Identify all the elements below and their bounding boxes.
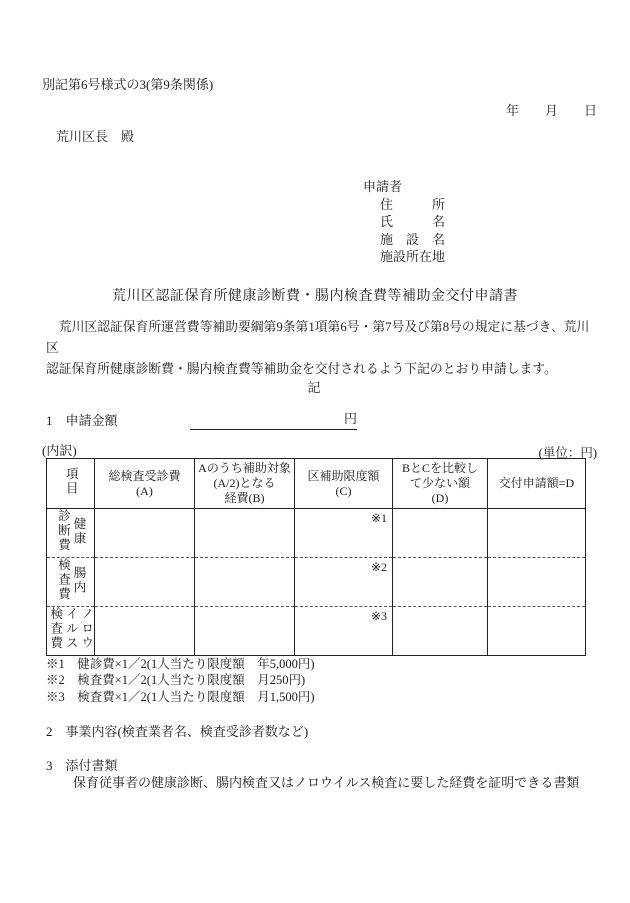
note-ref-3: ※3 xyxy=(371,609,387,624)
applicant-block: 申請者 住 所 氏 名 施 設 名 施設所在地 xyxy=(363,178,445,266)
applicant-field-location: 施設所在地 xyxy=(380,248,445,266)
header-limit-c: 区補助限度額 (C) xyxy=(295,459,393,509)
header-total-cost-a: 総検査受診費 (A) xyxy=(95,459,195,509)
blank-cell-c: ※2 xyxy=(295,558,393,607)
footnote-1: ※1 健診費×1／2(1人当たり限度額 年5,000円) xyxy=(46,656,315,672)
blank-cell-b xyxy=(195,509,295,558)
form-code: 別記第6号様式の3(第9条関係) xyxy=(42,74,213,93)
applicant-fields: 住 所 氏 名 施 設 名 施設所在地 xyxy=(380,196,445,266)
blank-cell-a xyxy=(95,509,195,558)
applicant-field-address: 住 所 xyxy=(380,196,445,214)
section3-body: 保育従事者の健康診断、腸内検査又はノロウイルス検査に要した経費を証明できる書類 xyxy=(73,772,579,791)
footnotes: ※1 健診費×1／2(1人当たり限度額 年5,000円) ※2 検査費×1／2(… xyxy=(46,656,315,705)
table-header-row: 項目 総検査受診費 (A) Aのうち補助対象 (A/2)となる 経費(B) 区補… xyxy=(47,459,586,509)
section1-label: 1 申請金額 xyxy=(46,413,118,428)
addressee: 荒川区長 殿 xyxy=(56,126,134,145)
header-item: 項目 xyxy=(47,459,95,509)
ki-label: 記 xyxy=(0,377,630,396)
table-row-norovirus-test: ノロウ イルス 検査費 ※3 xyxy=(47,607,586,656)
uchiwake-label: (内訳) xyxy=(42,440,77,459)
footnote-2: ※2 検査費×1／2(1人当たり限度額 月250円) xyxy=(46,672,315,688)
row-label-cell: 腸内 検査費 xyxy=(47,558,95,607)
body-paragraph: 荒川区認証保育所運営費等補助要綱第9条第1項第6号・第7号及び第8号の規定に基づ… xyxy=(46,317,598,380)
blank-cell-c: ※3 xyxy=(295,607,393,656)
note-ref-1: ※1 xyxy=(371,511,387,526)
blank-cell-d xyxy=(393,509,488,558)
applicant-field-name: 氏 名 xyxy=(380,213,445,231)
header-lesser-d: BとCを比較し て少ない額 (D) xyxy=(393,459,488,509)
blank-cell-a xyxy=(95,607,195,656)
document-page: 別記第6号様式の3(第9条関係) 年 月 日 荒川区長 殿 申請者 住 所 氏 … xyxy=(0,0,630,903)
amount-row: 1 申請金額 円 xyxy=(46,410,586,429)
blank-cell-e xyxy=(488,509,586,558)
note-ref-2: ※2 xyxy=(371,560,387,575)
blank-cell-c: ※1 xyxy=(295,509,393,558)
blank-cell-e xyxy=(488,558,586,607)
blank-cell-a xyxy=(95,558,195,607)
blank-cell-d xyxy=(393,558,488,607)
breakdown-table: 項目 総検査受診費 (A) Aのうち補助対象 (A/2)となる 経費(B) 区補… xyxy=(46,458,586,656)
blank-cell-b xyxy=(195,607,295,656)
header-eligible-cost-b: Aのうち補助対象 (A/2)となる 経費(B) xyxy=(195,459,295,509)
footnote-3: ※3 検査費×1／2(1人当たり限度額 月1,500円) xyxy=(46,689,315,705)
row-label-cell: 健康 診断費 xyxy=(47,509,95,558)
document-title: 荒川区認証保育所健康診断費・腸内検査費等補助金交付申請書 xyxy=(0,285,630,305)
yen-suffix: 円 xyxy=(344,411,357,426)
header-request-amount: 交付申請額=D xyxy=(488,459,586,509)
applicant-label: 申請者 xyxy=(363,178,445,196)
table-row-intestinal-test: 腸内 検査費 ※2 xyxy=(47,558,586,607)
date-line: 年 月 日 xyxy=(506,100,597,119)
blank-cell-b xyxy=(195,558,295,607)
section2-heading: 2 事業内容(検査業者名、検査受診者数など) xyxy=(46,721,308,740)
applicant-field-facility: 施 設 名 xyxy=(380,231,445,249)
amount-blank-field: 円 xyxy=(190,408,357,430)
blank-cell-e xyxy=(488,607,586,656)
table-row-health-checkup: 健康 診断費 ※1 xyxy=(47,509,586,558)
blank-cell-d xyxy=(393,607,488,656)
row-label-cell: ノロウ イルス 検査費 xyxy=(47,607,95,656)
